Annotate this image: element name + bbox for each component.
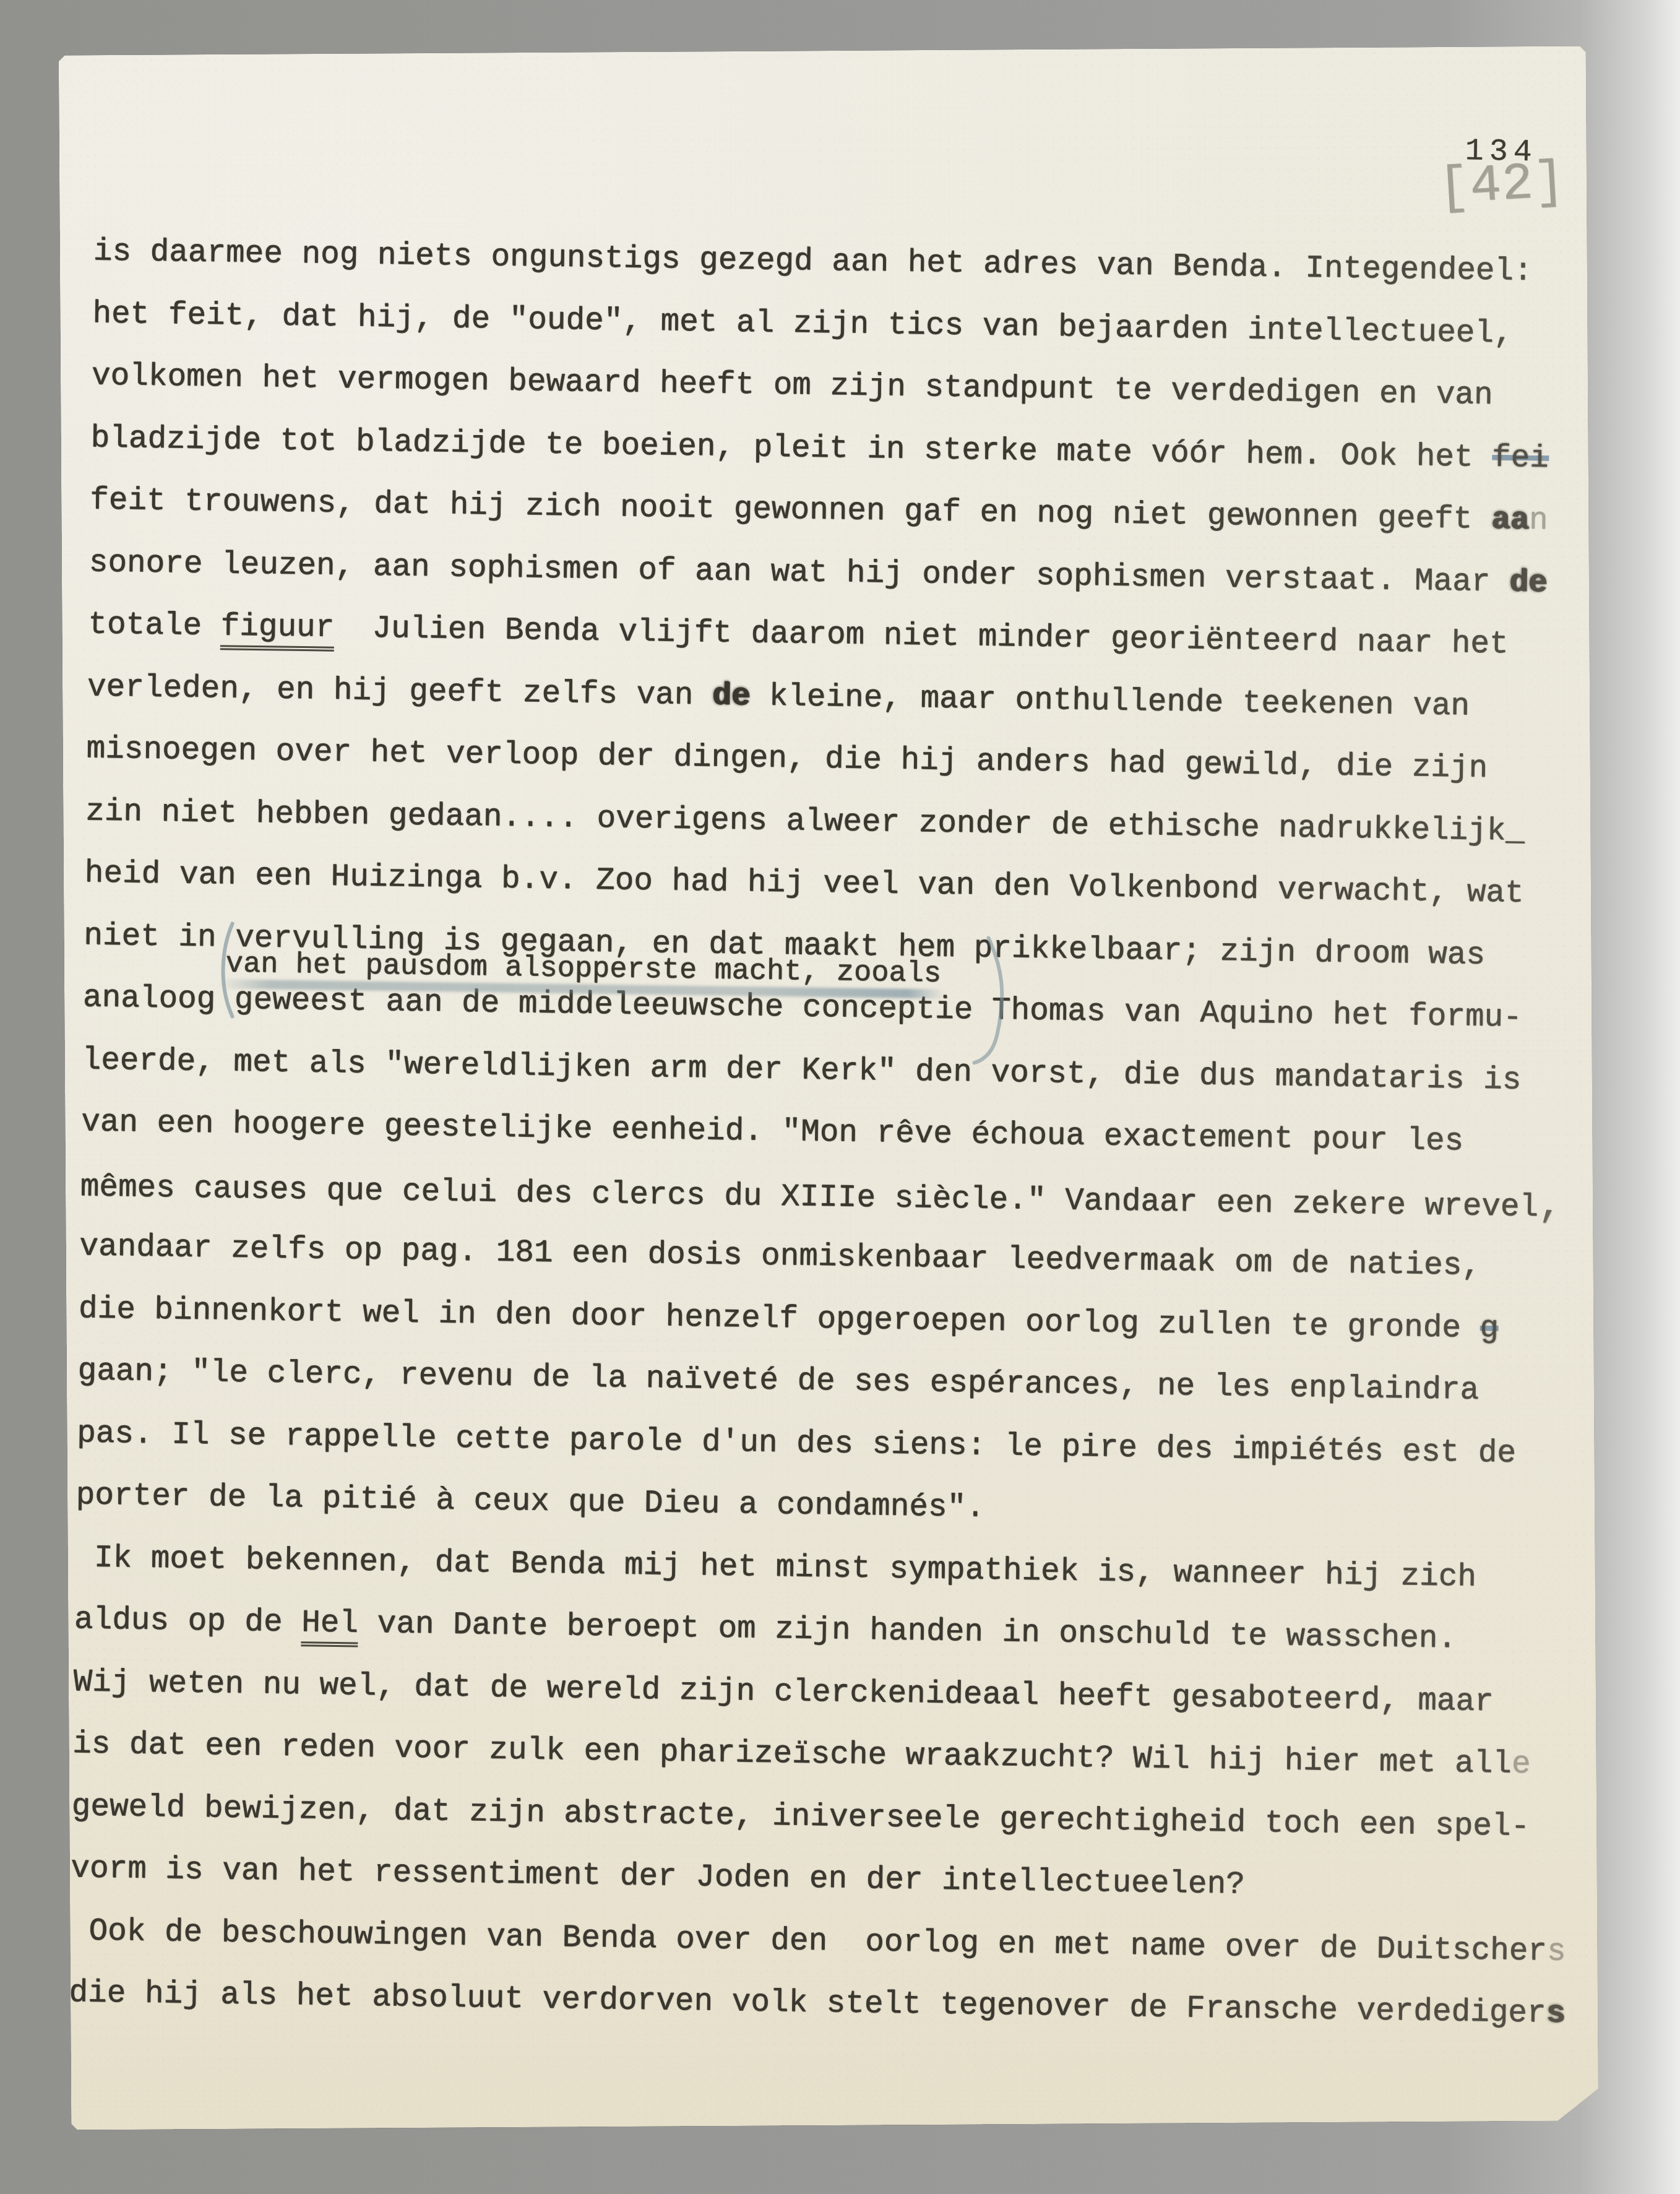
text-segment: kleine, maar onthullende teekenen van	[750, 679, 1470, 724]
document-page: 134 [42] is daarmee nog niets ongunstigs…	[59, 46, 1598, 2130]
text-segment: heid van een Huizinga b.v. Zoo had hij v…	[84, 856, 1524, 911]
text-segment: Wij weten nu wel, dat de wereld zijn cle…	[73, 1665, 1494, 1720]
text-segment: bladzijde tot bladzijde te boeien, pleit…	[90, 421, 1492, 476]
text-segment: zin niet hebben gedaan.... overigens alw…	[85, 794, 1525, 849]
text-segment: Ik moet bekennen, dat Benda mij het mins…	[75, 1540, 1476, 1596]
text-segment: volkomen het vermogen bewaard heeft om z…	[92, 358, 1493, 413]
text-segment: is dat een reden voor zulk een pharizeïs…	[72, 1727, 1512, 1782]
text-segment: sonore leuzen, aan sophismen of aan wat …	[88, 545, 1509, 600]
scan-background: { "page": { "page_number": "134", "penci…	[0, 0, 1680, 2194]
text-segment: Hel	[301, 1605, 359, 1647]
text-segment: misnoegen over het verloop der dingen, d…	[86, 732, 1488, 787]
text-segment: geweld bewijzen, dat zijn abstracte, ini…	[71, 1789, 1530, 1844]
text-segment: feit trouwens, dat hij zich nooit gewonn…	[90, 483, 1491, 538]
text-segment: Julien Benda vlijft daarom niet minder g…	[334, 611, 1509, 662]
text-segment: figuur	[220, 609, 335, 652]
pencil-annotation: [42]	[1436, 154, 1544, 219]
text-segment: die hij als het absoluut verdorven volk …	[69, 1976, 1546, 2031]
text-segment: het feit, dat hij, de "oude", met al zij…	[92, 296, 1513, 352]
text-segment: mêmes causes que celui des clercs du XII…	[80, 1170, 1538, 1225]
text-segment: van een hoogere geestelijke eenheid. "Mo…	[81, 1105, 1464, 1159]
text-segment: vorm is van het ressentiment der Joden e…	[71, 1851, 1245, 1902]
text-segment: e	[1511, 1747, 1530, 1782]
text-segment: pas. Il se rappelle cette parole d'un de…	[77, 1416, 1517, 1471]
text-segment: g	[1480, 1311, 1499, 1346]
text-segment: van Dante beroept om zijn handen in onsc…	[358, 1606, 1457, 1657]
text-segment: die binnenkort wel in den door henzelf o…	[78, 1292, 1480, 1347]
text-segment: leerde, met als "wereldlijken arm der Ke…	[82, 1043, 1522, 1098]
text-segment: aa	[1491, 503, 1529, 538]
text-segment: verleden, en hij geeft zelfs van	[87, 670, 713, 714]
text-segment: fei	[1492, 440, 1549, 476]
text-segment: de	[712, 678, 750, 714]
text-segment: aldus op de	[74, 1602, 301, 1641]
text-segment: n	[1528, 503, 1548, 538]
text-segment: gaan; "le clerc, revenu de la naïveté de…	[77, 1354, 1479, 1409]
text-segment: porter de la pitié à ceux que Dieu a con…	[75, 1478, 985, 1526]
text-segment: de	[1509, 565, 1547, 601]
text-segment: totale	[88, 607, 221, 644]
text-segment: vandaar zelfs op pag. 181 een dosis onmi…	[79, 1229, 1481, 1284]
typewritten-text: is daarmee nog niets ongunstigs gezegd a…	[69, 221, 1598, 2045]
text-segment: s	[1546, 1934, 1566, 1969]
text-segment: Ook de beschouwingen van Benda over den …	[69, 1913, 1547, 1969]
text-segment: s	[1546, 1996, 1565, 2031]
text-segment: is daarmee nog niets ongunstigs gezegd a…	[93, 234, 1533, 289]
text-segment: ,	[1538, 1183, 1562, 1228]
